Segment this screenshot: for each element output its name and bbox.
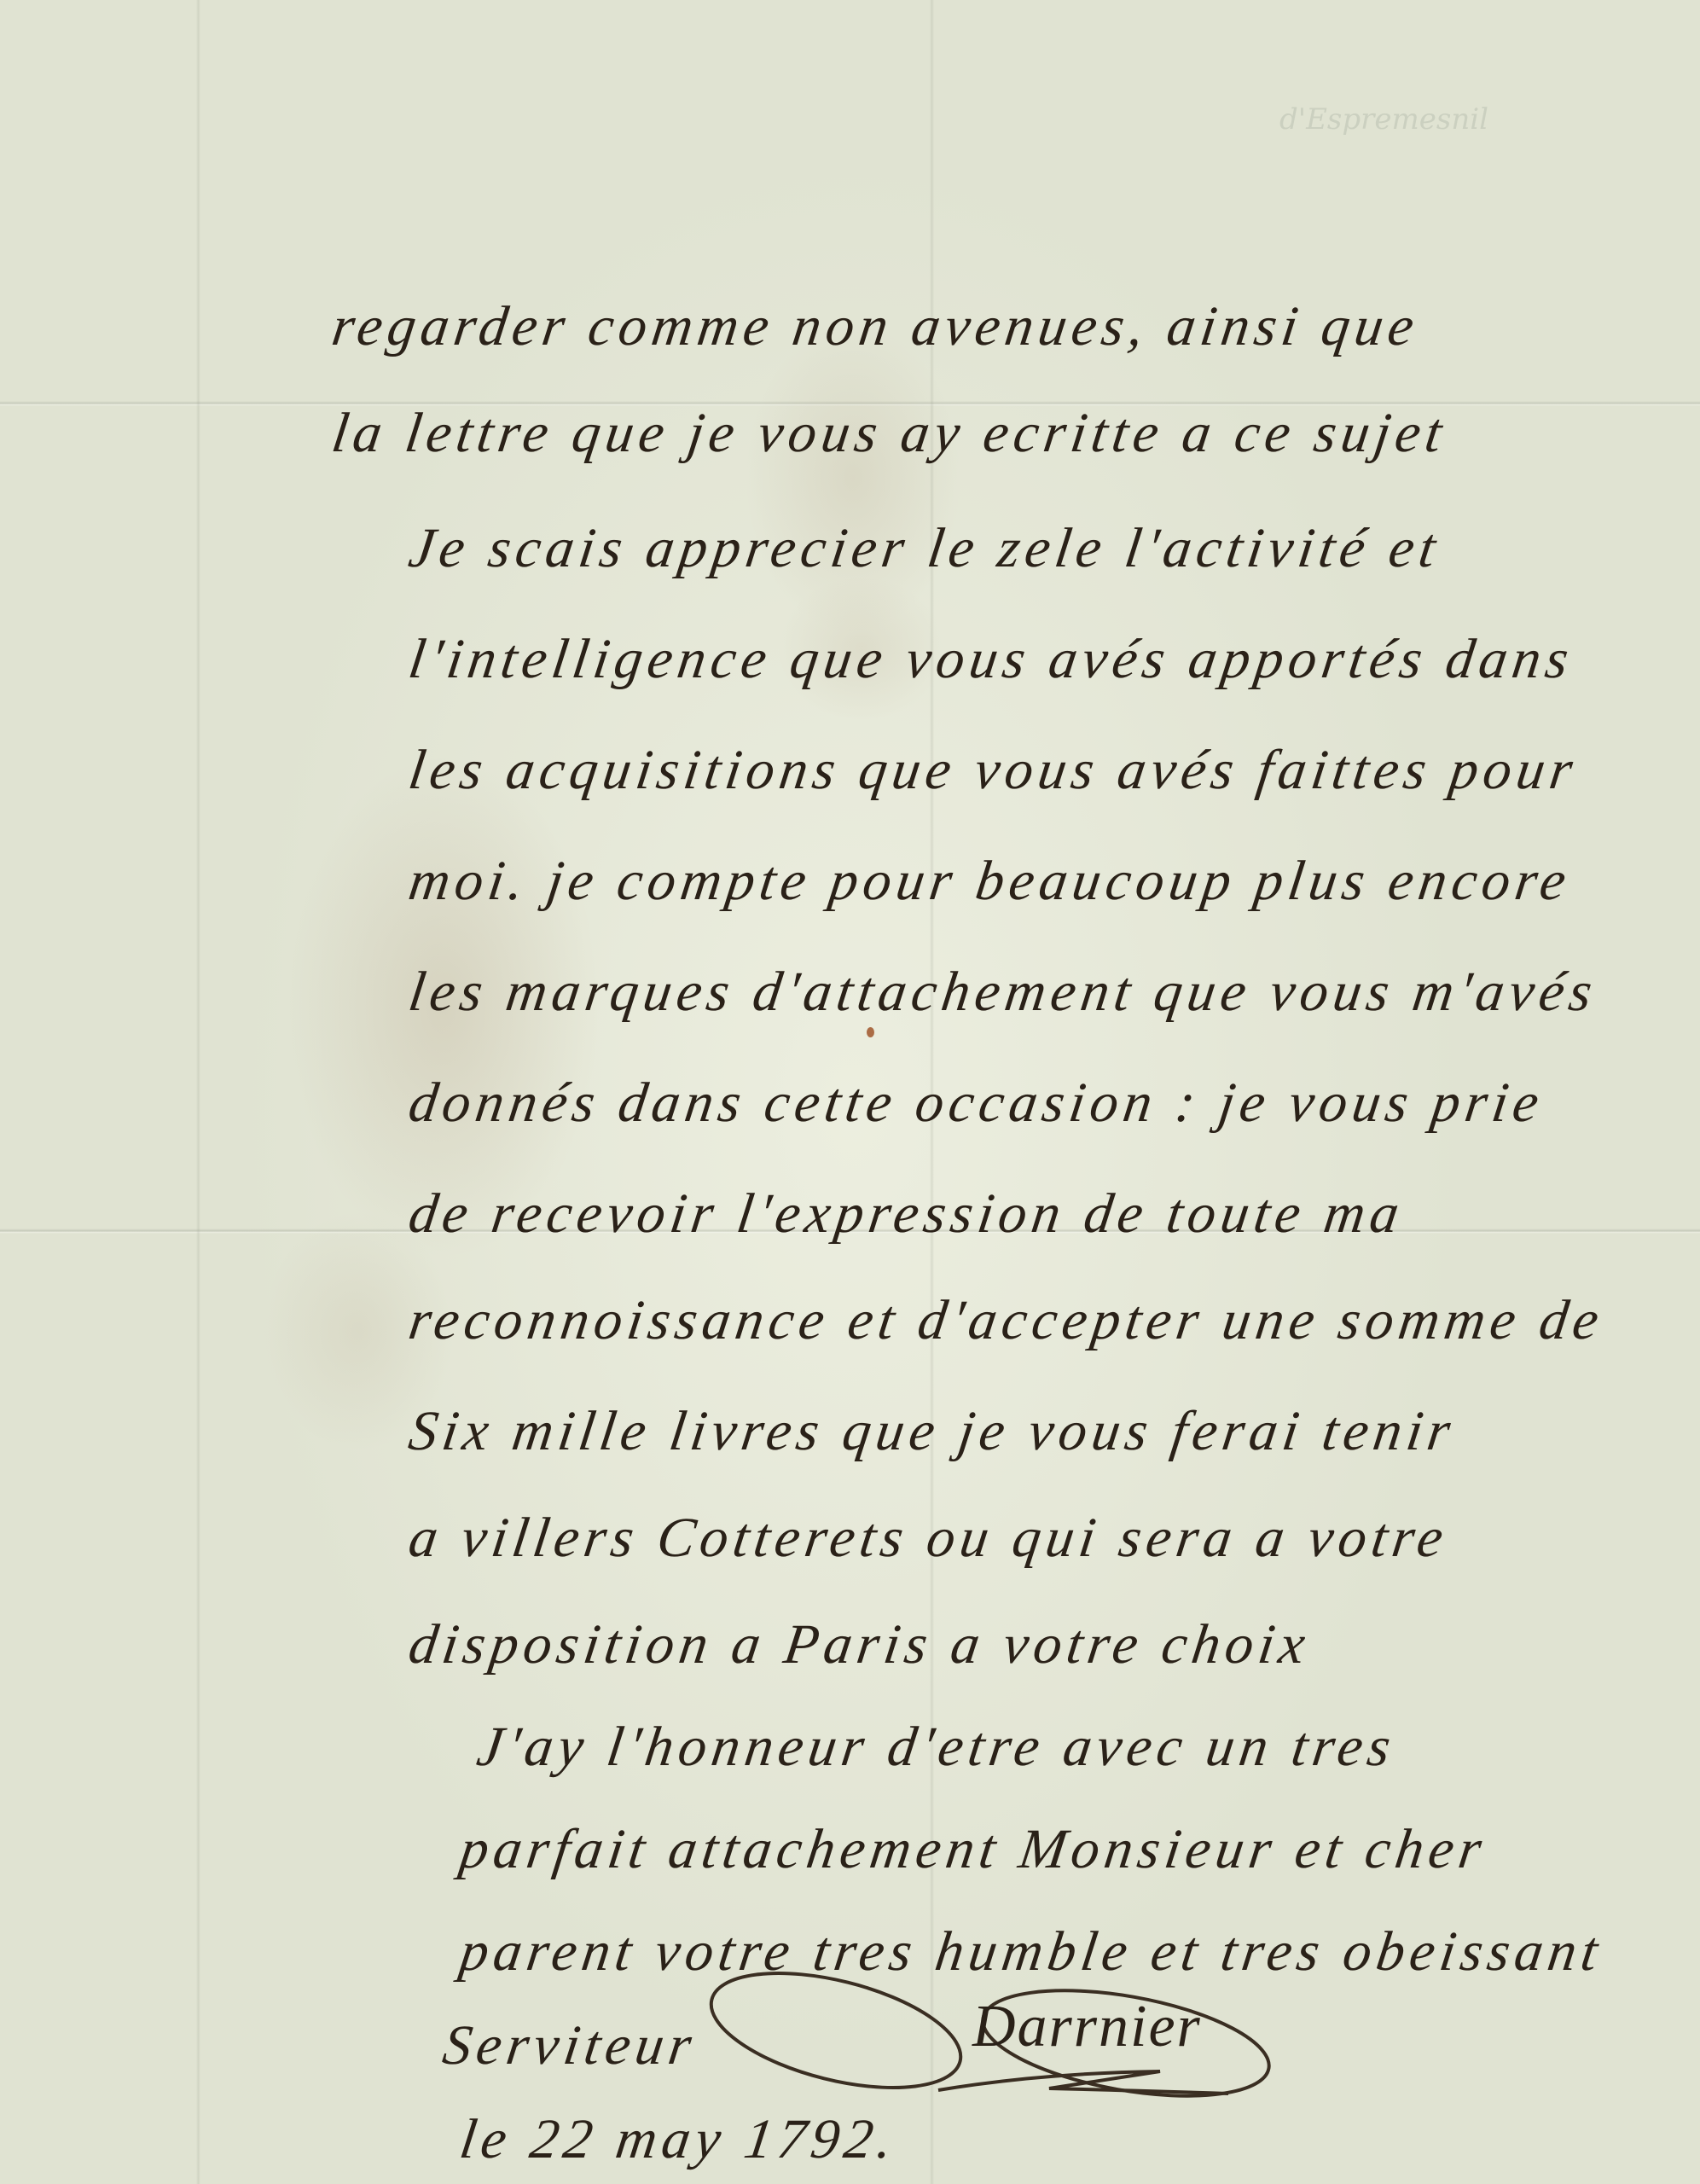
letter-line: donnés dans cette occasion : je vous pri… [405, 1071, 1548, 1136]
closing-servant: Serviteur [439, 2013, 701, 2078]
letter-line: les acquisitions que vous avés faittes p… [405, 738, 1582, 803]
letter-line: les marques d'attachement que vous m'avé… [405, 960, 1601, 1025]
letter-line: Je scais apprecier le zele l'activité et [405, 516, 1445, 581]
letter-line: J'ay l'honneur d'etre avec un tres [473, 1715, 1400, 1780]
letter-page: d'Espremesnil regarder comme non avenues… [0, 0, 1700, 2184]
letter-line: a villers Cotterets ou qui sera a votre [405, 1506, 1453, 1571]
letter-line: parfait attachement Monsieur et cher [456, 1817, 1491, 1882]
letter-line: moi. je compte pour beaucoup plus encore [405, 849, 1575, 914]
letter-line: de recevoir l'expression de toute ma [405, 1182, 1408, 1246]
letter-date: le 22 may 1792. [456, 2107, 902, 2172]
letter-line: reconnoissance et d'accepter une somme d… [405, 1288, 1608, 1353]
letter-line: disposition a Paris a votre choix [405, 1612, 1314, 1677]
letter-line: l'intelligence que vous avés apportés da… [405, 627, 1578, 692]
signature: Darrnier [682, 1962, 1297, 2099]
letter-line: la lettre que je vous ay ecritte a ce su… [328, 401, 1451, 466]
paper-fold-line [196, 0, 200, 2184]
bleed-through-text: d'Espremesnil [1279, 102, 1488, 136]
signature-name: Darrnier [972, 1993, 1202, 2061]
letter-line: Six mille livres que je vous ferai tenir [405, 1399, 1459, 1464]
ink-spot [867, 1027, 874, 1037]
letter-line: regarder comme non avenues, ainsi que [328, 294, 1424, 359]
